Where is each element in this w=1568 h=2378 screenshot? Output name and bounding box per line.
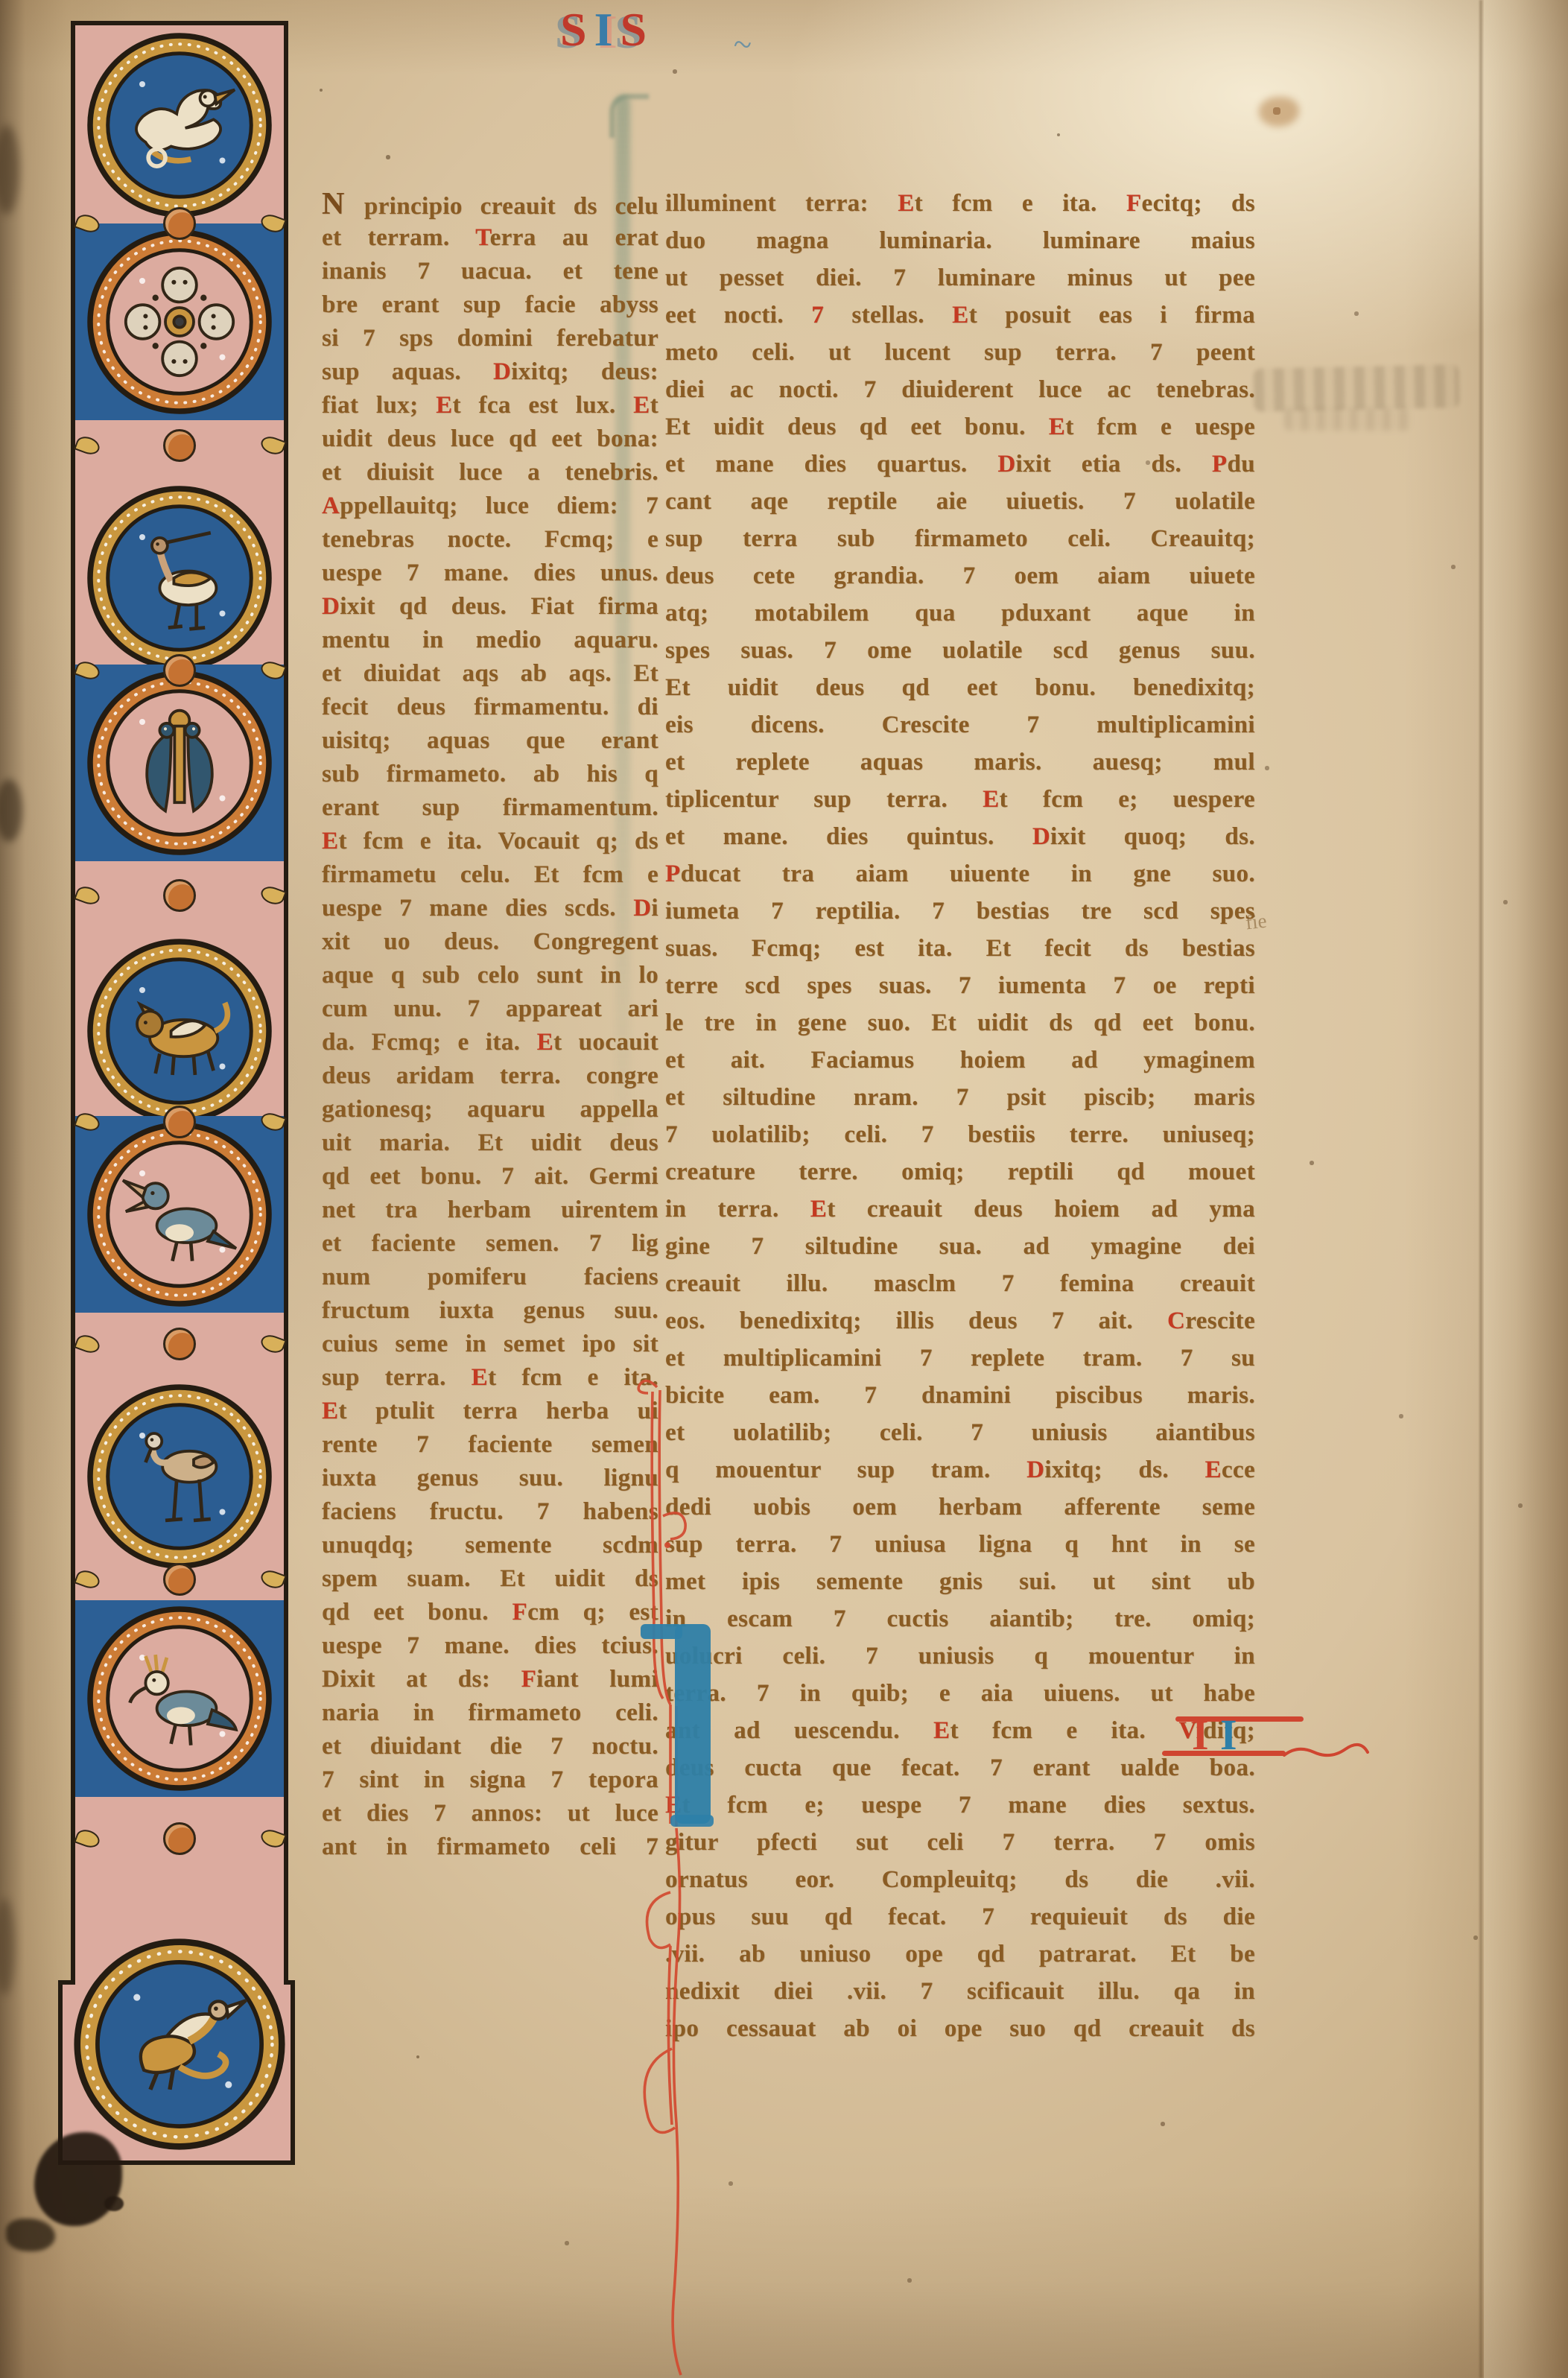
text-line: erant sup firmamentum. bbox=[322, 791, 658, 825]
text-line: et mane. dies quintus. Dixit quoq; ds. bbox=[665, 818, 1255, 855]
text-column-left: N principio creauit ds celuet terram. Te… bbox=[322, 188, 658, 1864]
text-line: gationesq; aquaru appella bbox=[322, 1093, 658, 1126]
marginal-note: fie bbox=[1244, 910, 1268, 935]
text-line: creauit illu. masclm 7 femina creauit bbox=[665, 1265, 1255, 1302]
initial-i-blue bbox=[641, 1624, 714, 1827]
text-line: et ait. Faciamus hoiem ad ymaginem bbox=[665, 1041, 1255, 1079]
text-line: fecit deus firmamentu. di bbox=[322, 691, 658, 724]
border-junction-disc bbox=[163, 429, 196, 462]
text-line: Dixit at ds: Fiant lumi bbox=[322, 1663, 658, 1696]
text-line: tiplicentur sup terra. Et fcm e; uespere bbox=[665, 781, 1255, 818]
text-line: uisitq; aquas que erant bbox=[322, 724, 658, 758]
lion-icon bbox=[86, 938, 273, 1124]
text-line: in terra. Et creauit deus hoiem ad yma bbox=[665, 1190, 1255, 1228]
running-title-letter: S bbox=[560, 6, 587, 54]
text-line: deus cete grandia. 7 oem aiam uiuete bbox=[665, 557, 1255, 594]
roundel-lion bbox=[86, 938, 273, 1128]
text-line: rente 7 faciente semen bbox=[322, 1428, 658, 1462]
border-junction-disc bbox=[163, 1106, 196, 1138]
running-title-letter: S bbox=[620, 6, 647, 54]
erased-marginal-inscription bbox=[1253, 364, 1459, 412]
text-line: ut pesset diei. 7 luminare minus ut pee bbox=[665, 259, 1255, 297]
text-line: illuminent terra: Et fcm e ita. Fecitq; … bbox=[665, 185, 1255, 222]
text-line: iuxta genus suu. lignu bbox=[322, 1462, 658, 1495]
raven-icon bbox=[86, 1121, 273, 1307]
text-line: cant aqe reptile aie uiuetis. 7 uolatile bbox=[665, 483, 1255, 520]
text-line: et replete aquas maris. auesq; mul bbox=[665, 743, 1255, 781]
text-line: cuius seme in semet ipo sit bbox=[322, 1328, 658, 1361]
text-line: et diuidat aqs ab aqs. Et bbox=[322, 657, 658, 691]
running-title: S I S bbox=[560, 6, 647, 54]
text-line: sup terra sub firmameto celi. Creauitq; bbox=[665, 520, 1255, 557]
border-junction-disc bbox=[163, 654, 196, 687]
binding-stain bbox=[0, 779, 22, 842]
border-junction-disc bbox=[163, 1563, 196, 1596]
hoopoe-icon bbox=[86, 1605, 273, 1792]
binding-stain bbox=[0, 1898, 15, 1995]
text-line: terre scd spes suas. 7 iumenta 7 oe rept… bbox=[665, 967, 1255, 1004]
text-line: diei ac nocti. 7 diuiderent luce ac tene… bbox=[665, 371, 1255, 408]
text-line: uespe 7 mane. dies unus. bbox=[322, 557, 658, 590]
text-line: duo magna luminaria. luminare maius bbox=[665, 222, 1255, 259]
page-fold-crease bbox=[1479, 0, 1482, 2378]
text-line: da. Fcmq; e ita. Et uocauit bbox=[322, 1026, 658, 1059]
text-line: cum unu. 7 appareat ari bbox=[322, 992, 658, 1026]
twin-birds-icon bbox=[86, 670, 273, 856]
text-line: spem suam. Et uidit ds bbox=[322, 1562, 658, 1596]
text-line: fructum iuxta genus suu. bbox=[322, 1294, 658, 1328]
roundel-wyvern bbox=[73, 1938, 286, 2155]
text-line: faciens fructu. 7 habens bbox=[322, 1495, 658, 1529]
text-line: Et ptulit terra herba ui bbox=[322, 1395, 658, 1428]
text-line: et siltudine nram. 7 psit piscib; maris bbox=[665, 1079, 1255, 1116]
text-line: Dixit qd deus. Fiat firma bbox=[322, 590, 658, 624]
text-line: inanis 7 uacua. et tene bbox=[322, 255, 658, 288]
text-line: uespe 7 mane dies scds. Di bbox=[322, 892, 658, 925]
text-line: Et uidit deus qd eet bonu. benedixitq; bbox=[665, 669, 1255, 706]
text-line: aque q sub celo sunt in lo bbox=[322, 959, 658, 992]
page-edge-shading bbox=[1484, 0, 1568, 2378]
text-line: creature terre. omiq; reptili qd mouet bbox=[665, 1153, 1255, 1190]
running-title-letter: I bbox=[594, 6, 613, 54]
roundel-stork bbox=[86, 485, 273, 675]
text-line: sub firmameto. ab his q bbox=[322, 758, 658, 791]
text-line: uespe 7 mane. dies tcius. bbox=[322, 1629, 658, 1663]
four-heads-icon bbox=[86, 229, 273, 415]
border-junction-disc bbox=[163, 1822, 196, 1855]
text-line: qd eet bonu. 7 ait. Germi bbox=[322, 1160, 658, 1193]
text-line: uit maria. Et uidit deus bbox=[322, 1126, 658, 1160]
border-junction-disc bbox=[163, 879, 196, 912]
border-junction-disc bbox=[163, 207, 196, 240]
roundel-four-beast-heads bbox=[86, 229, 273, 419]
text-line: mentu in medio aquaru. bbox=[322, 624, 658, 657]
wyvern-icon bbox=[73, 1938, 286, 2151]
text-line: atq; motabilem qua pduxant aque in bbox=[665, 594, 1255, 632]
text-line: net tra herbam uirentem bbox=[322, 1193, 658, 1227]
roundel-hoopoe bbox=[86, 1605, 273, 1795]
dragon-bird-icon bbox=[86, 32, 273, 218]
text-line: fiat lux; Et fca est lux. Et bbox=[322, 389, 658, 422]
text-line: et dies 7 annos: ut luce bbox=[322, 1797, 658, 1830]
text-line: gine 7 siltudine sua. ad ymagine dei bbox=[665, 1228, 1255, 1265]
erased-marginal-inscription bbox=[1284, 408, 1411, 431]
text-line: le tre in gene suo. Et uidit ds qd eet b… bbox=[665, 1004, 1255, 1041]
roundel-dragon-bird bbox=[86, 32, 273, 222]
text-line: si 7 sps domini ferebatur bbox=[322, 322, 658, 355]
roundel-crane bbox=[86, 1383, 273, 1573]
roundel-twin-birds bbox=[86, 670, 273, 860]
text-line: naria in firmameto celi. bbox=[322, 1696, 658, 1730]
text-line: eos. benedixitq; illis deus 7 ait. Cresc… bbox=[665, 1302, 1255, 1339]
text-line: 7 uolatilib; celi. 7 bestiis terre. uniu… bbox=[665, 1116, 1255, 1153]
roundel-raven bbox=[86, 1121, 273, 1311]
text-line: Appellauitq; luce diem: 7 bbox=[322, 489, 658, 523]
pen-flourish-red-and-initial-i bbox=[618, 1371, 775, 2378]
text-line: Pducat tra aiam uiuente in gne suo. bbox=[665, 855, 1255, 892]
text-line: qd eet bonu. Fcm q; est bbox=[322, 1596, 658, 1629]
parchment-stain bbox=[1259, 97, 1299, 127]
text-line: unuqdq; semente scdm bbox=[322, 1529, 658, 1562]
text-line: et diuisit luce a tenebris. bbox=[322, 456, 658, 489]
text-line: eet nocti. 7 stellas. Et posuit eas i fi… bbox=[665, 297, 1255, 334]
pen-flourish-blue: ~ bbox=[731, 25, 755, 65]
text-line: deus aridam terra. congre bbox=[322, 1059, 658, 1093]
ink-blot bbox=[6, 2219, 55, 2251]
manuscript-page: S I S ~ N principio creauit ds celuet te… bbox=[0, 0, 1568, 2378]
ink-blot bbox=[104, 2196, 124, 2211]
parchment-specks bbox=[0, 0, 1, 1]
text-line: Et uidit deus qd eet bonu. Et fcm e uesp… bbox=[665, 408, 1255, 446]
text-line: xit uo deus. Congregent bbox=[322, 925, 658, 959]
text-line: sup aquas. Dixitq; deus: bbox=[322, 355, 658, 389]
ink-blot bbox=[34, 2132, 122, 2226]
text-line: meto celi. ut lucent sup terra. 7 peent bbox=[665, 334, 1255, 371]
text-line: Et fcm e ita. Vocauit q; ds bbox=[322, 825, 658, 858]
text-line: 7 sint in signa 7 tepora bbox=[322, 1763, 658, 1797]
text-line: ant in firmameto celi 7 bbox=[322, 1830, 658, 1864]
text-line: et faciente semen. 7 lig bbox=[322, 1227, 658, 1261]
border-junction-disc bbox=[163, 1328, 196, 1360]
crane-icon bbox=[86, 1383, 273, 1570]
stork-icon bbox=[86, 485, 273, 671]
text-line: num pomiferu faciens bbox=[322, 1261, 658, 1294]
text-line: spes suas. 7 ome uolatile scd genus suu. bbox=[665, 632, 1255, 669]
text-line: suas. Fcmq; est ita. Et fecit ds bestias bbox=[665, 930, 1255, 967]
text-line: firmametu celu. Et fcm e bbox=[322, 858, 658, 892]
binding-stain bbox=[0, 125, 19, 215]
text-line: tenebras nocte. Fcmq; e bbox=[322, 523, 658, 557]
rubric-squiggle bbox=[1281, 1742, 1371, 1764]
text-line: et terram. Terra au erat bbox=[322, 221, 658, 255]
text-line: eis dicens. Crescite 7 multiplicamini bbox=[665, 706, 1255, 743]
text-line: uidit deus luce qd eet bona: bbox=[322, 422, 658, 456]
text-line: et mane dies quartus. Dixit etia ds. Pdu bbox=[665, 446, 1255, 483]
text-line: sup terra. Et fcm e ita. bbox=[322, 1361, 658, 1395]
text-line: N principio creauit ds celu bbox=[322, 188, 658, 221]
text-line: bre erant sup facie abyss bbox=[322, 288, 658, 322]
text-line: iumeta 7 reptilia. 7 bestias tre scd spe… bbox=[665, 892, 1255, 930]
rubric-line bbox=[1162, 1751, 1286, 1756]
text-line: et diuidant die 7 noctu. bbox=[322, 1730, 658, 1763]
